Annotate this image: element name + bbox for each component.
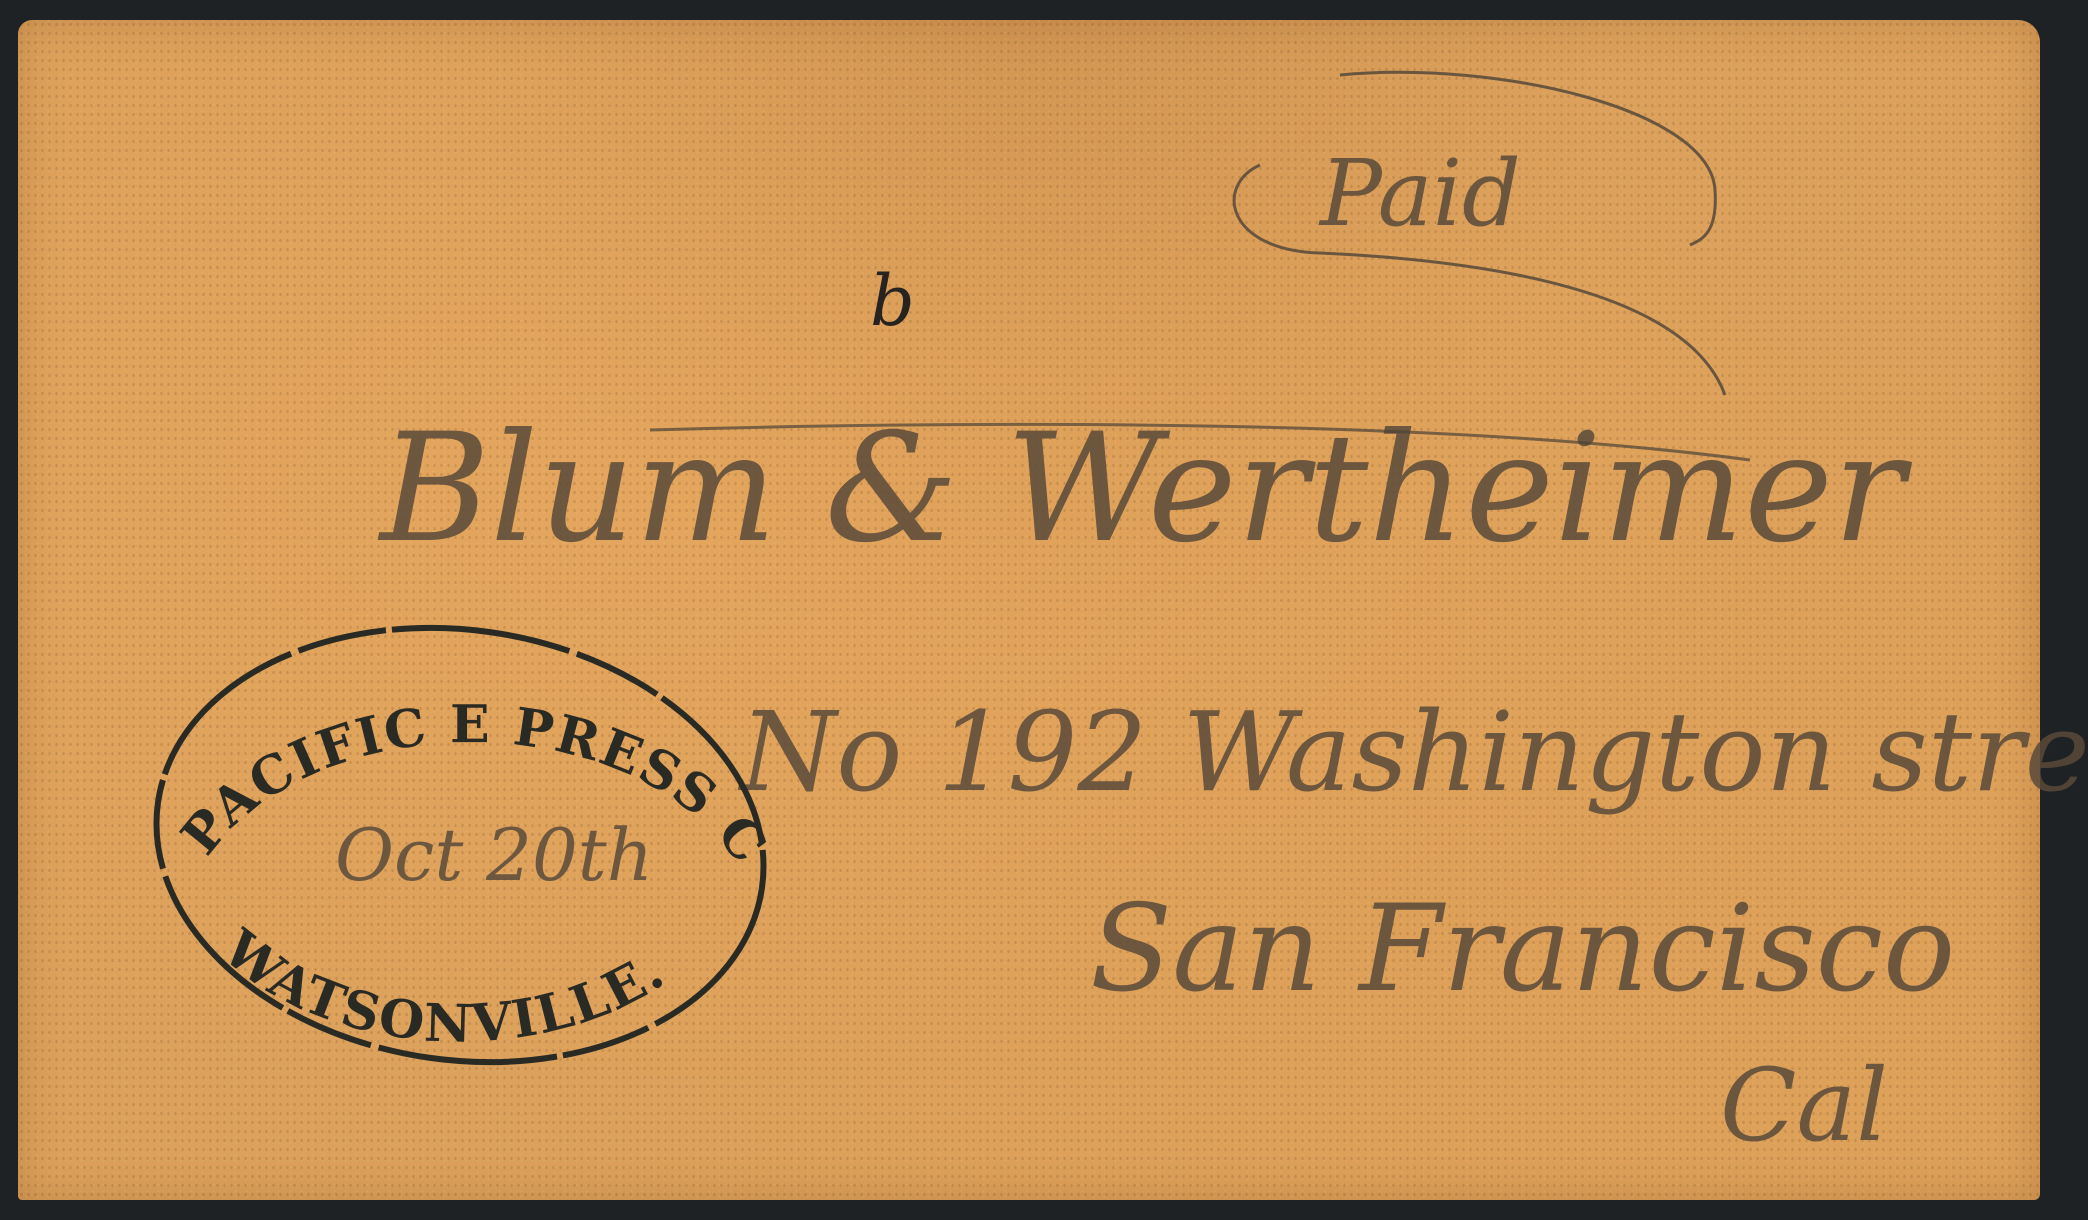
handstamp-date: Oct 20th — [335, 813, 653, 897]
handstamp-bottom-text: WATSONVILLE. — [211, 918, 676, 1055]
paid-marking: Paid — [1234, 72, 1725, 395]
cover-markings: Paid b Blum & Wertheimer No 192 Washingt… — [0, 0, 2088, 1220]
rate-marking: b — [870, 260, 915, 342]
paid-text: Paid — [1318, 140, 1521, 247]
address-state: Cal — [1720, 1047, 1888, 1164]
address-street: No 192 Washington street — [737, 688, 2088, 816]
address-city: San Francisco — [1090, 880, 1955, 1019]
addressee-name: Blum & Wertheimer — [377, 402, 1913, 576]
